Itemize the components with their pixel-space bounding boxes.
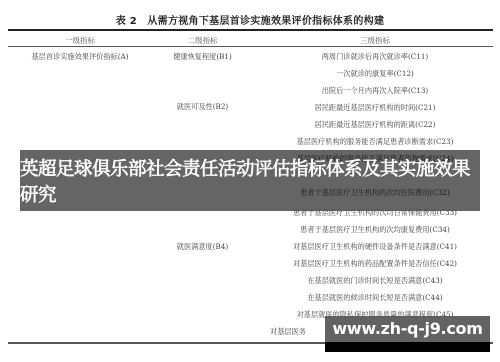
level3-indicator-c34: 患者于基层医疗卫生机构的次均康复费用(C34): [255, 225, 495, 235]
level3-indicator-c44: 在基层就医的候诊时间长短是否满意(C44): [255, 293, 495, 303]
level3-indicator-c22: 居民距最近基层医疗机构的距离(C22): [255, 120, 495, 130]
level2-indicator-b2: 就医可及性(B2): [150, 102, 255, 112]
level3-indicator-c43: 在基层就医的门诊时间长短是否满意(C43): [255, 276, 495, 286]
level2-indicator-b4: 就医满意度(B4): [150, 242, 255, 252]
watermark-url: www.zh-q-j9.com: [332, 319, 482, 338]
level3-indicator-c21: 居民距最近基层医疗机构的时间(C21): [255, 103, 495, 113]
level2-indicator-b1: 健康恢复程度(B1): [150, 52, 255, 62]
table-header-rule: [8, 46, 493, 47]
headline-title: 英超足球俱乐部社会责任活动评估指标体系及其实施效果研究: [20, 155, 480, 207]
document-title: 表 2 从需方视角下基层首诊实施效果评价指标体系的构建: [0, 12, 500, 27]
header-col-level3: 三级指标: [255, 35, 495, 46]
level3-indicator-c12: 一次就诊的康复率(C12): [255, 69, 495, 79]
level3-indicator-c42: 对基层医疗卫生机构的药品配置条件是否信任(C42): [255, 259, 495, 269]
level3-indicator-c46-partial: 对基层医务: [270, 327, 306, 337]
level3-indicator-c11: 两周门诊就诊后再次就诊率(C11): [255, 52, 495, 62]
headline-overlay-band: 基层医疗机构的服务能否满足患者药物需求(C24) 患者于基层医疗卫生机构的次均住…: [20, 150, 480, 211]
level3-indicator-c13: 出院后一个月内再次入院率(C13): [255, 86, 495, 96]
level3-indicator-c41: 对基层医疗卫生机构的硬件设备条件是否满意(C41): [255, 242, 495, 252]
level3-indicator-c23: 基层医疗机构的服务能否满足患者诊断需求(C23): [255, 137, 495, 147]
header-col-level1: 一级指标: [10, 35, 150, 46]
table-top-rule: [8, 29, 493, 31]
header-col-level2: 二级指标: [150, 35, 255, 46]
level1-indicator: 基层首诊实施效果评价指标(A): [10, 52, 150, 62]
watermark-badge: www.zh-q-j9.com: [325, 316, 490, 352]
